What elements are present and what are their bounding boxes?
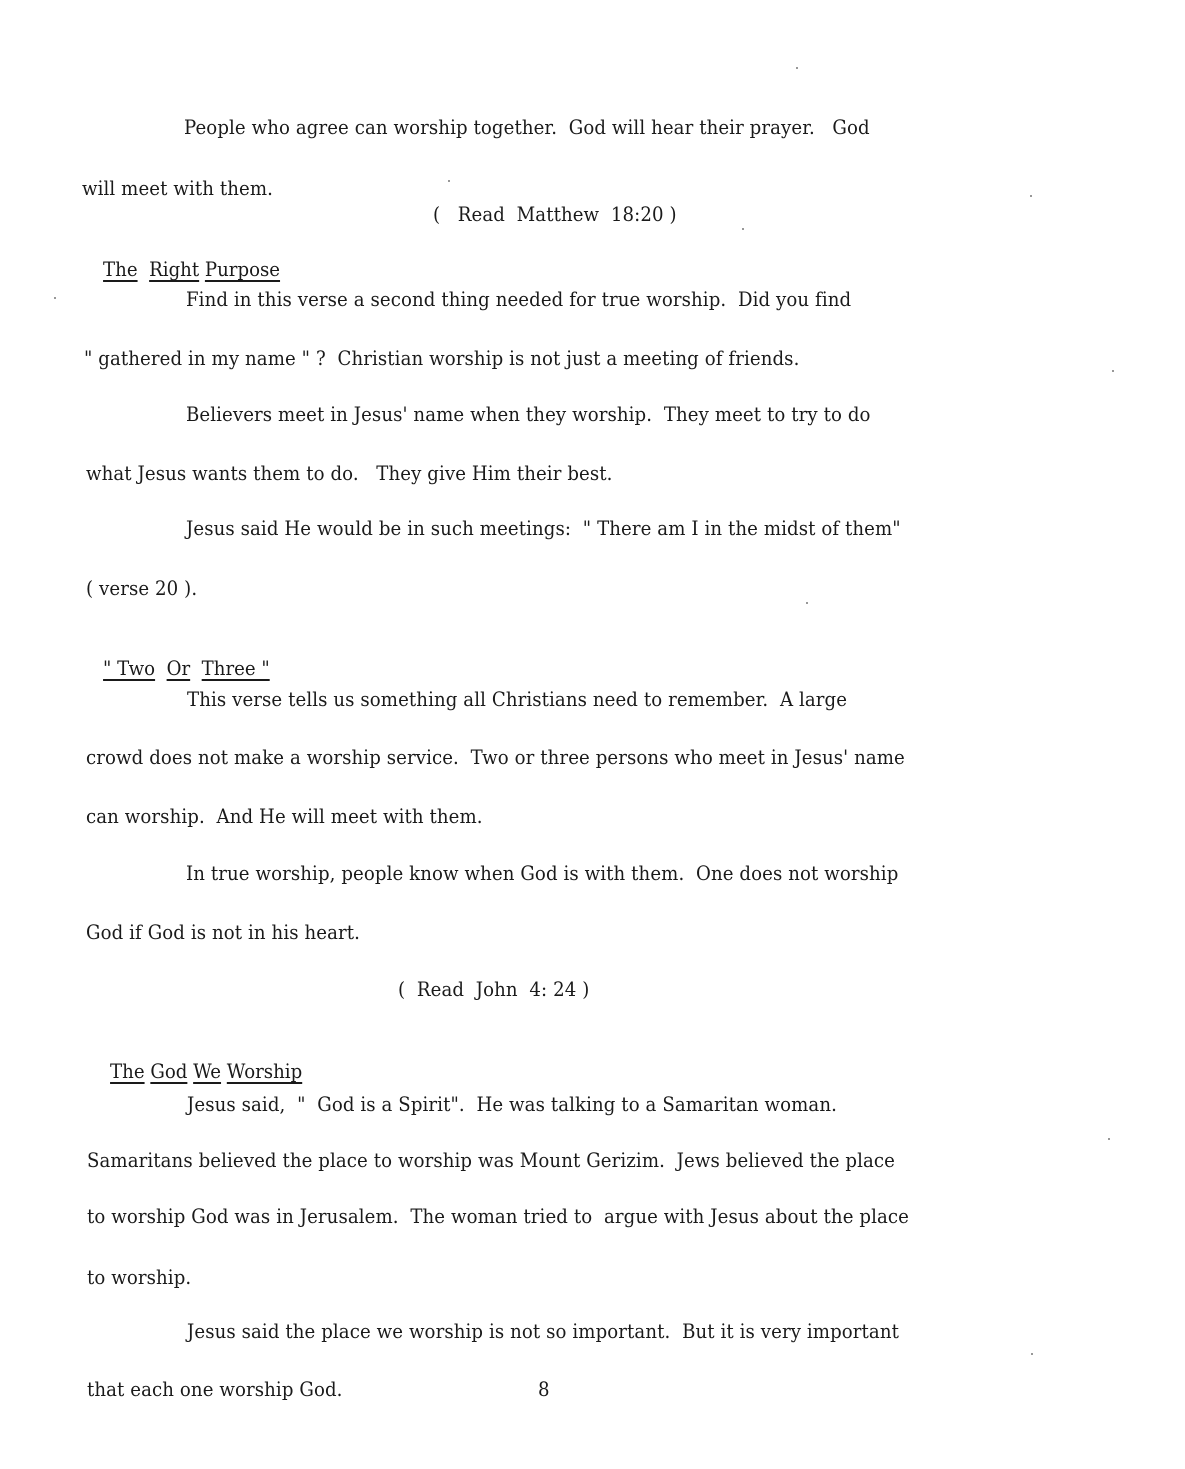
paragraph-line: ( verse 20 ). bbox=[86, 577, 197, 600]
paragraph-line: crowd does not make a worship service. T… bbox=[86, 746, 905, 769]
scan-speck bbox=[742, 228, 744, 230]
paragraph-line: This verse tells us something all Christ… bbox=[187, 688, 847, 711]
scan-speck bbox=[1108, 1138, 1110, 1140]
heading-word: Three " bbox=[202, 657, 270, 680]
paragraph-line: will meet with them. bbox=[82, 177, 273, 200]
paragraph-line: that each one worship God. bbox=[87, 1378, 343, 1401]
scan-speck bbox=[54, 297, 56, 299]
heading-word: " Two bbox=[103, 657, 155, 680]
scan-speck bbox=[806, 602, 808, 604]
page-number: 8 bbox=[538, 1378, 550, 1401]
heading-word: God bbox=[150, 1060, 187, 1083]
paragraph-line: what Jesus wants them to do. They give H… bbox=[86, 462, 612, 485]
paragraph-line: People who agree can worship together. G… bbox=[184, 116, 870, 139]
paragraph-line: God if God is not in his heart. bbox=[86, 921, 360, 944]
heading-word: Or bbox=[167, 657, 191, 680]
scan-speck bbox=[1031, 1353, 1033, 1355]
paragraph-line: Jesus said He would be in such meetings:… bbox=[186, 517, 901, 540]
heading-word: We bbox=[193, 1060, 221, 1083]
heading-word: Worship bbox=[227, 1060, 302, 1083]
heading-word: Purpose bbox=[205, 258, 280, 281]
paragraph-line: can worship. And He will meet with them. bbox=[86, 805, 483, 828]
paragraph-line: to worship. bbox=[87, 1266, 191, 1289]
paragraph-line: Jesus said, " God is a Spirit". He was t… bbox=[187, 1093, 837, 1116]
scripture-reference: ( Read John 4: 24 ) bbox=[398, 978, 589, 1001]
paragraph-line: In true worship, people know when God is… bbox=[186, 862, 898, 885]
paragraph-line: Believers meet in Jesus' name when they … bbox=[186, 403, 871, 426]
scripture-reference: ( Read Matthew 18:20 ) bbox=[433, 203, 677, 226]
heading-word: The bbox=[110, 1060, 145, 1083]
heading-word: Right bbox=[149, 258, 199, 281]
heading-word: The bbox=[103, 258, 138, 281]
paragraph-line: Jesus said the place we worship is not s… bbox=[187, 1320, 899, 1343]
scan-speck bbox=[796, 67, 798, 69]
scan-speck bbox=[448, 180, 450, 182]
scan-speck bbox=[1112, 370, 1114, 372]
scan-speck bbox=[1030, 195, 1032, 197]
paragraph-line: to worship God was in Jerusalem. The wom… bbox=[87, 1205, 909, 1228]
paragraph-line: Find in this verse a second thing needed… bbox=[186, 288, 851, 311]
paragraph-line: Samaritans believed the place to worship… bbox=[87, 1149, 895, 1172]
paragraph-line: " gathered in my name " ? Christian wors… bbox=[84, 347, 799, 370]
